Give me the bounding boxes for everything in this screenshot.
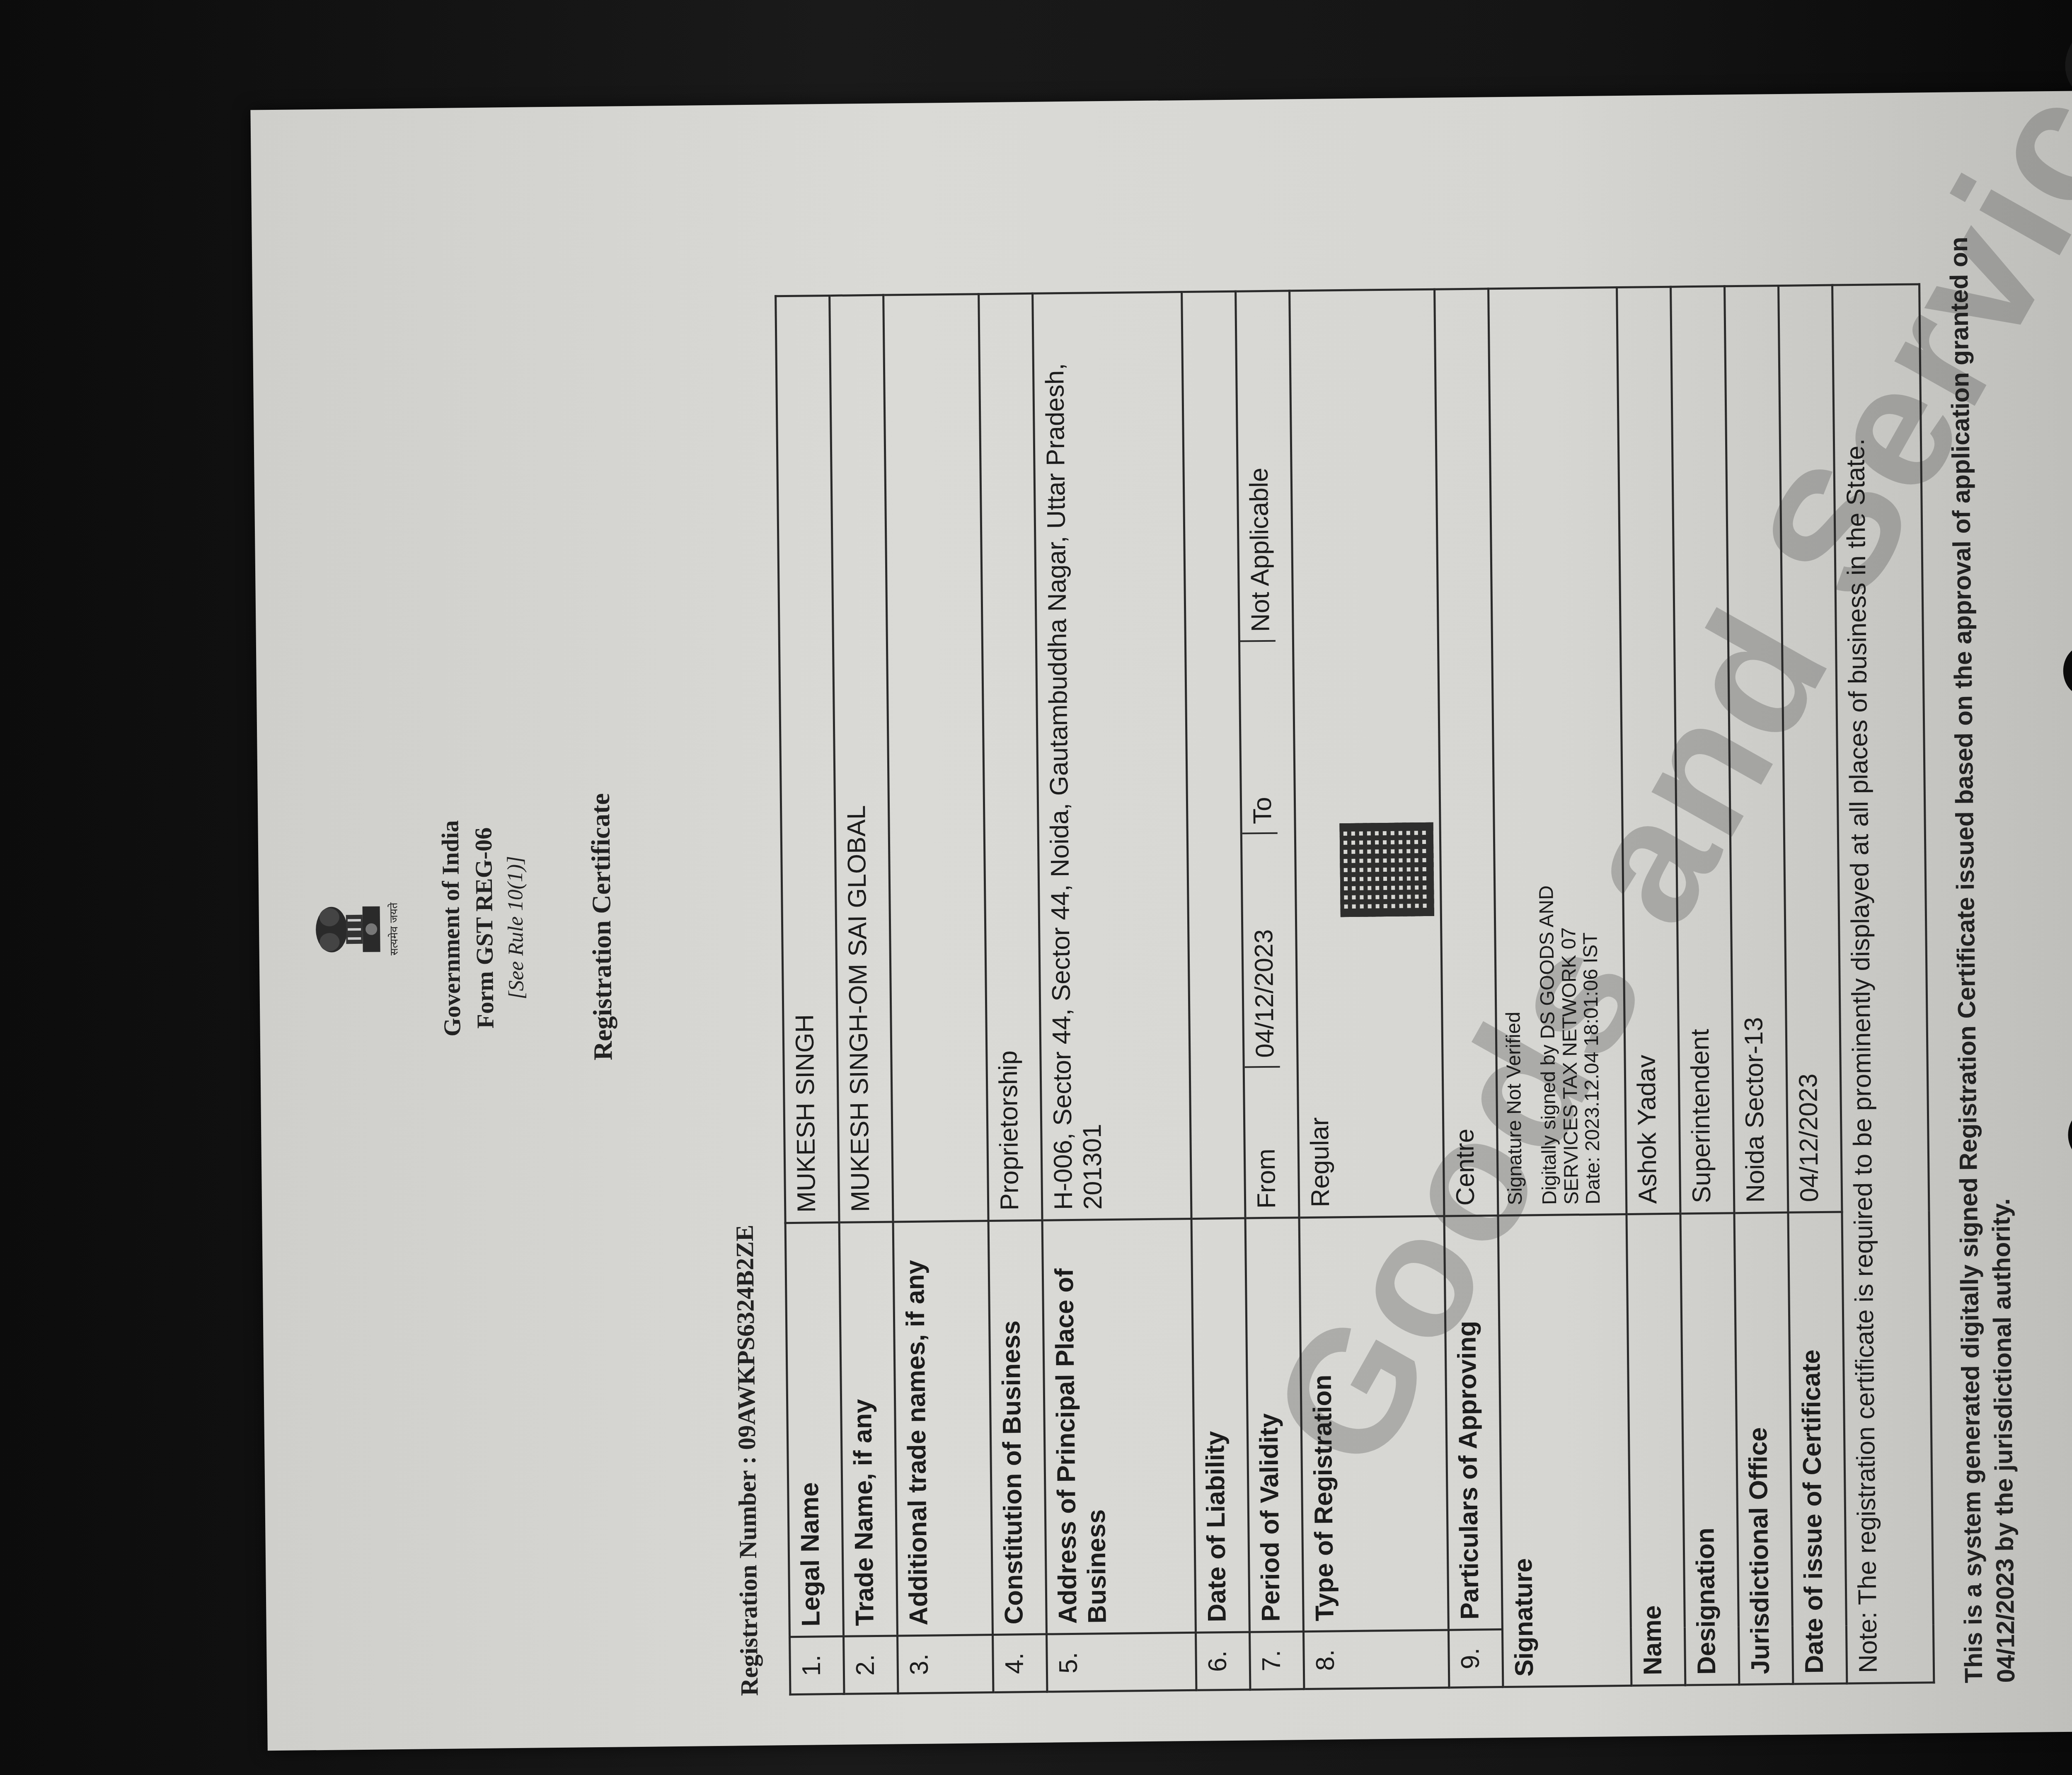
emblem-motto: सत्यमेव जयते [385,902,401,955]
certificate-page: Goods and Services Tax सत्यमेव जयते Gove… [250,91,2072,1751]
row-number: 9. [1448,1630,1503,1688]
certificate-table: 1. Legal Name MUKESH SINGH 2. Trade Name… [775,283,1935,1695]
validity-from: 04/12/2023 [1242,832,1280,1066]
row-number: 2. [844,1636,898,1694]
row-value: H-006, Sector 44, Sector 44, Noida, Gaut… [1033,292,1191,1221]
row-label: Address of Principal Place of Business [1042,1219,1196,1634]
registration-number: Registration Number : 09AWKPS6324B2ZE [731,1225,764,1696]
row-number: 4. [993,1634,1047,1692]
row-value: Centre [1435,289,1498,1216]
punch-hole [2068,1110,2072,1160]
qr-code-icon [1340,822,1434,917]
row-value: MUKESH SINGH [776,295,839,1223]
ashoka-emblem-icon [312,896,384,963]
row-value: Proprietorship [979,293,1042,1221]
row-number: 7. [1249,1632,1304,1690]
table-row: 8. Type of Registration Regular [1290,289,1449,1689]
registration-number-value: 09AWKPS6324B2ZE [731,1225,761,1450]
validity-period: From 04/12/2023 To Not Applicable [1236,291,1299,1218]
row-number: 8. [1303,1630,1449,1689]
footer-statement: This is a system generated digitally sig… [1942,150,2023,1683]
row-value [884,294,988,1222]
row-value: MUKESH SINGH-OM SAI GLOBAL [830,295,893,1222]
row-label: Legal Name [785,1222,843,1637]
validity-to-label: To [1240,640,1278,833]
row-number: 3. [898,1635,993,1693]
row-label: Particulars of Approving [1444,1216,1502,1630]
officer-label: Name [1627,1214,1685,1686]
row-label: Additional trade names, if any [893,1221,992,1636]
signature-signer: Digitally signed by DS GOODS AND SERVICE… [1535,832,1583,1205]
punch-hole [2063,646,2072,696]
signature-status: Signature Not Verified [1495,299,1527,1205]
display-note: Note: The registration certificate is re… [1832,284,1934,1683]
row-number: 1. [790,1636,844,1694]
officer-label: Date of issue of Certificate [1788,1212,1847,1684]
validity-from-label: From [1245,1066,1282,1217]
officer-label: Jurisdictional Office [1734,1212,1793,1684]
row-value: Regular [1305,1117,1335,1207]
officer-label: Designation [1680,1213,1739,1685]
digital-signature: Signature Not Verified Digitally signed … [1489,288,1627,1216]
table-row: 3. Additional trade names, if any [884,294,993,1693]
officer-value: 04/12/2023 [1779,285,1842,1212]
officer-value: Superintendent [1671,286,1734,1214]
national-emblem: सत्यमेव जयते [312,890,409,969]
signature-row: Signature Signature Not Verified Digital… [1489,288,1631,1687]
registration-number-label: Registration Number : [733,1456,763,1696]
table-row: 5. Address of Principal Place of Busines… [1033,292,1196,1692]
signature-label: Signature [1498,1214,1631,1687]
officer-value: Noida Sector-13 [1725,285,1788,1213]
row-label: Period of Validity [1245,1218,1303,1632]
row-label: Trade Name, if any [839,1222,897,1636]
row-number: 5. [1047,1632,1196,1692]
note-row: Note: The registration certificate is re… [1832,284,1934,1683]
document-photo: Goods and Services Tax सत्यमेव जयते Gove… [250,91,2072,1751]
row-label: Constitution of Business [988,1220,1046,1635]
row-value [1182,291,1245,1219]
officer-value: Ashok Yadav [1617,287,1680,1214]
validity-to: Not Applicable [1238,459,1276,640]
page-title: Registration Certificate [578,106,625,1748]
row-number: 6. [1196,1632,1250,1690]
row-label: Date of Liability [1191,1218,1249,1632]
row-label: Type of Registration [1299,1216,1448,1632]
row-value-cell: Regular [1290,289,1444,1218]
